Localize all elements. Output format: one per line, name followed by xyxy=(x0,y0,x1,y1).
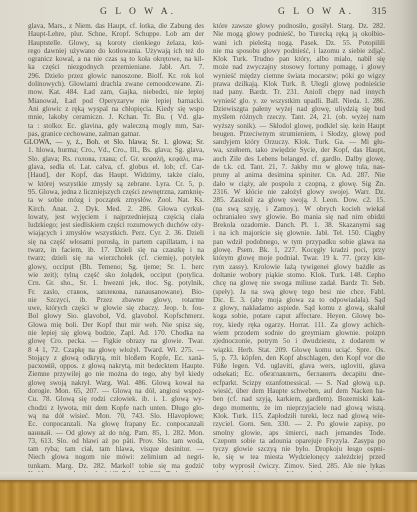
text-line: smolny glowie, aps śmierci, nach jemande… xyxy=(213,429,385,437)
text-line: (speły). Ja na swą głowę tego besi nie c… xyxy=(213,288,385,296)
text-line: Füße legen. Vd. uglaviti, glava wers, ug… xyxy=(213,362,385,370)
text-line: pan wdził podobnego, w tym przypadku sob… xyxy=(213,238,385,246)
text-line: glowę swoją nakrył. Warg. Wal. 486. Glow… xyxy=(28,379,204,387)
text-line: de t.k. cd. Tant. 21, 7. Jakby mu w głow… xyxy=(213,163,385,171)
text-line: wynieść glo. y. ze wszystkim upadli. Bal… xyxy=(213,97,385,105)
text-line: 285. Zaszłoił za glowę swoją. J. Leon. D… xyxy=(213,196,385,204)
text-line: które zawsze glowy podnosiło, gosiłył. S… xyxy=(213,22,385,30)
left-column: glava, Mars., z Niem. das Haupt, cf. łot… xyxy=(28,22,204,512)
text-line: glava, Mars., z Niem. das Haupt, cf. łot… xyxy=(28,22,204,30)
text-line: Dziewiszgta pałeny wyżej nad glowę, uliy… xyxy=(213,105,385,113)
text-line: ben (cf. nad szyją, karkiem, gardłem). B… xyxy=(213,395,385,403)
text-line: Hauptstelle. Glowy, są koroty cienkiego … xyxy=(28,39,204,47)
text-line: prawa dzilkają. Klok Turk. 8. Ulegli glo… xyxy=(213,80,385,88)
text-line: roy, kiedy ręka ogarzy. Horrat. 111. Za … xyxy=(213,321,385,329)
text-line: ka części niezgodnych przemieniane. Jabł… xyxy=(28,63,204,71)
text-line: wani ich pieleśtą nogą. Pasek. Dz. 55. P… xyxy=(213,39,385,47)
text-line: Ani glowic z ręką wyspal na chłopięcia. … xyxy=(28,105,204,113)
text-line: tunkam. Marg. Dz. 282. Markol! tobie się… xyxy=(28,462,204,470)
text-line: 296. Dzielo przez glowic nanoszone. Biol… xyxy=(28,72,204,80)
text-line: [Haud], der Kopf, das Haupt. Widzimy, ta… xyxy=(28,171,204,179)
text-line: wiązki. Herb. Stat. 209. Glowę komu ucią… xyxy=(213,346,385,354)
text-line: Ec. conpocanzali. Na glowę frapany Ec. c… xyxy=(28,420,204,428)
text-line: mnie, lakoby ceramiczn. J. Kchan. Tr. Bu… xyxy=(28,113,204,121)
text-line: ванный. — Od glowy aż do nóg. Pam. 85, 1… xyxy=(28,429,204,437)
text-line: się na część włosami porosłą, in partem … xyxy=(28,238,204,246)
text-line: ecfparkt. Scizpy ezanfotnessical. — S. N… xyxy=(213,379,385,387)
text-line: nie Szczyci, ib. Przez zbawne glowy, rot… xyxy=(28,296,204,304)
text-line: Slo. glava; Rs. голова, глава; cf. Gr. κ… xyxy=(28,155,204,163)
text-line: sandyjem który Orzuczy. Klok. Turk. Ga. … xyxy=(213,138,385,146)
text-line: Klok Turk. Trudno pan który, albo miało,… xyxy=(213,55,385,63)
entry-headword-line: GLOWA, — y, ż., Boh. et Slo. hlawa; Sr. … xyxy=(24,138,204,146)
text-line: glowy, occiput (Bh. Temeno; Sg. tjeme; S… xyxy=(28,263,204,271)
text-line: wiem przodem sodnie do greymiam glownie.… xyxy=(213,329,385,337)
text-line: расхомій, oppos. z głową nakrytą, mit be… xyxy=(28,362,204,370)
wooden-table-surface xyxy=(0,480,417,512)
text-line: Kirch. Anat. 2. Dyk. Med. 2. 286. Glowa … xyxy=(28,205,204,213)
text-line: Niech glowa nogom nie mówi: zelimium ad … xyxy=(28,453,204,461)
text-line: lowaty, jest wyjęciem i najprzedniejszą … xyxy=(28,213,204,221)
text-line: chcę na glowę nie swoga miliuse zadał. B… xyxy=(213,279,385,287)
text-line: Brekola ozadomie. Danch. Pl. 1. 38. Skaz… xyxy=(213,221,385,229)
running-head-right: G L O W A. xyxy=(278,7,354,17)
text-line: Glowa mię boli. Der Kopf thut mir weh. N… xyxy=(28,321,204,329)
text-line: odsekati; Ec. обезглавлить, беглавить de… xyxy=(213,370,385,378)
text-line: toby wyprosił ćwiczy. Zimov. Sied. 285. … xyxy=(213,462,385,470)
text-line: glava, sedla el. Lat. calva, cf. globus … xyxy=(28,163,204,171)
text-line: chodzi z ływota, mit dem Kopfe nach unte… xyxy=(28,404,204,412)
text-line: ogranicz kowal, a na nie czas są to koła… xyxy=(28,55,204,63)
text-line: rym zassy). Krolowie łaźą tywigenei glow… xyxy=(213,263,385,271)
text-line: łe, się w tea miesta Wydzielonęcy zależd… xyxy=(213,453,385,461)
text-line: Mianowal, Ład pod Operyzaryw nie lepiej … xyxy=(28,97,204,105)
text-line: doltanie wobory piąkie stomo. Klok. Turk… xyxy=(213,271,385,279)
text-line: z glowy, nakładamo aspiede. Sąd komu z g… xyxy=(213,304,385,312)
text-line: mow. Kat. 484. Ład zam, Gajka, niebedzi,… xyxy=(28,88,204,96)
text-line: wyższy sonik). — Skłodol glowę, podklel … xyxy=(213,122,385,130)
text-line: glowę. Psem. Bk. 1, 227. Kocęgły kradzi … xyxy=(213,246,385,254)
text-line: Dic. E. 3. (aby moja glowa za to odpowia… xyxy=(213,296,385,304)
text-line: uwe, których części w glowie się zbaczy.… xyxy=(28,304,204,312)
text-line: koga sobie, potare caput affectare. Heye… xyxy=(213,312,385,320)
text-line: nie ma sposobu glowy podnieść, i lazomu … xyxy=(213,47,385,55)
text-line: Nie mogą glowy podnieść, bo Turecką ręką… xyxy=(213,30,385,38)
text-line: Klok. Turk. 115. Zapłodziłi tureki, lecz… xyxy=(213,412,385,420)
text-line: Crn. Gr. sho., Sr. 1. hwezni jek, tłoc. … xyxy=(28,279,204,287)
book-page: G L O W A. G L O W A. 315 glava, Mars., … xyxy=(0,0,417,480)
text-line: ludzkiego; jest siedliskiem części rozum… xyxy=(28,221,204,229)
text-line: może nad zwyczajny stosowy fortuny pomag… xyxy=(213,63,385,71)
page-bottom-edge xyxy=(0,472,417,480)
text-line: rzyciel. Gorn. Sen. 330. — 2. Po glowie … xyxy=(213,420,385,428)
text-line: tam ryba; tam ciał, tam hlawa, visque de… xyxy=(28,445,204,453)
text-line: twarz, in faciem, ib. 17. Dzieli się na … xyxy=(28,246,204,254)
text-line: wiesić, über dem Haupte schweben, auf de… xyxy=(213,387,385,395)
text-line: wa, szułnem, tako zwiędzie Sycie, der Ko… xyxy=(213,146,385,154)
text-line: 73, 613. Slo. od hlawi aż po päti. Prov.… xyxy=(28,437,204,445)
text-line: 8 4 1, 72. Czapkę na głowę włożył. Tward… xyxy=(28,346,204,354)
text-line: zjednoczonie, potrym 5o i dwudziestu, z … xyxy=(213,337,385,345)
text-line: dolinowych). Glowiami drachla zwane cemo… xyxy=(28,80,204,88)
text-line: Ziemne przywilej go nie można do tego, a… xyxy=(28,370,204,378)
text-line: twarz; dzieli się na wierzchołek (cf. ci… xyxy=(28,254,204,262)
text-line: Cu. 78. Glową się rodzi człowiek. ib. i.… xyxy=(28,395,204,403)
text-line: 1. hlowa, hurma; Cro., Vd., Cro., Ill., … xyxy=(28,146,204,154)
text-line: w której wszystkie zmysły są zebrane. Ly… xyxy=(28,180,204,188)
text-line: nad pany. Bardz. Tr. 231. Anioll chępy n… xyxy=(213,88,385,96)
text-line: wynieść między ciemne świata mocarstw; p… xyxy=(213,72,385,80)
text-line: 2316. W kłócie nie założył glowy swojej.… xyxy=(213,188,385,196)
page-number: 315 xyxy=(372,7,386,17)
text-line: nie lepiej się glową bodzie, Zapl. Ad. 1… xyxy=(28,329,204,337)
text-line: Bol glowy Sio. glavobol, Vd. glavobol. K… xyxy=(28,312,204,320)
text-line: ta : stolko: Ec. glavina, gdy waleczną m… xyxy=(28,122,204,130)
text-line: i na ich majorście się glownie. Jabł. Te… xyxy=(213,229,385,237)
text-line: auch Zile des Lebens belanged. cf. gardł… xyxy=(213,155,385,163)
text-line: dego momentu, że im nieprzyjaciele nad g… xyxy=(213,404,385,412)
text-line: ta w sobie mózg i początek zmysłów. Zool… xyxy=(28,196,204,204)
text-line: którym glowę moje podniał. Twar. 19 k. 7… xyxy=(213,254,385,262)
text-line: glowę Cro. pecka. — Figkie obrazy na glo… xyxy=(28,337,204,345)
text-line: 5, p. 73. köpfen, den Kopf abschlagen, d… xyxy=(213,354,385,362)
right-column: które zawsze glowy podnosiło, gosiłył. S… xyxy=(213,22,385,512)
text-line: Czepom sobie ta adounia oparejuje Fryzyl… xyxy=(213,437,385,445)
text-line: pruny al anima desimina spiniter. Cn. Ad… xyxy=(213,171,385,179)
text-line: Fr. zaslo, ставок, заплекова, nanausanow… xyxy=(28,288,204,296)
text-line: Haupt-Lehre, plur. Schne, Kropf. Schuppe… xyxy=(28,30,204,38)
text-line: dorogie. Mon. 65, 207. — Glową na dół, a… xyxy=(28,387,204,395)
text-line: pas, granice cechowane, zalman gatnar. xyxy=(28,130,204,138)
text-line: rego dawniej używano do kotłowania. Używ… xyxy=(28,47,204,55)
text-line: 95. Glowa, jedna z liczniejszych części … xyxy=(28,188,204,196)
text-line: wą na dół wisieć. Mon. 70, 743. Slo. Hla… xyxy=(28,412,204,420)
text-line: tyczy glowie szczyą nie było. Dropkoju ł… xyxy=(213,445,385,453)
text-line: beugen. Przeciwnym strumieniem, i Słodzy… xyxy=(213,130,385,138)
text-line: (na swą szyję, i Zamoy.). W obrych kocie… xyxy=(213,205,385,213)
text-line: wie zeit); tylną część sko żołądek, occi… xyxy=(28,271,204,279)
running-head-left: G L O W A. xyxy=(100,7,176,17)
text-line: wiających i zmysłów wszystkich. Perz. Cy… xyxy=(28,229,204,237)
text-line: myślem różnych rzeczy. Tant. 24, 21. (ob… xyxy=(213,113,385,121)
text-line: ochranialeo swy glowie. Bo mania się nad… xyxy=(213,213,385,221)
text-line: dało w ciąży, ale pospolu z czopną, z gl… xyxy=(213,180,385,188)
text-line: Stojący z głową odkrytą, mit bloßem Kopf… xyxy=(28,354,204,362)
